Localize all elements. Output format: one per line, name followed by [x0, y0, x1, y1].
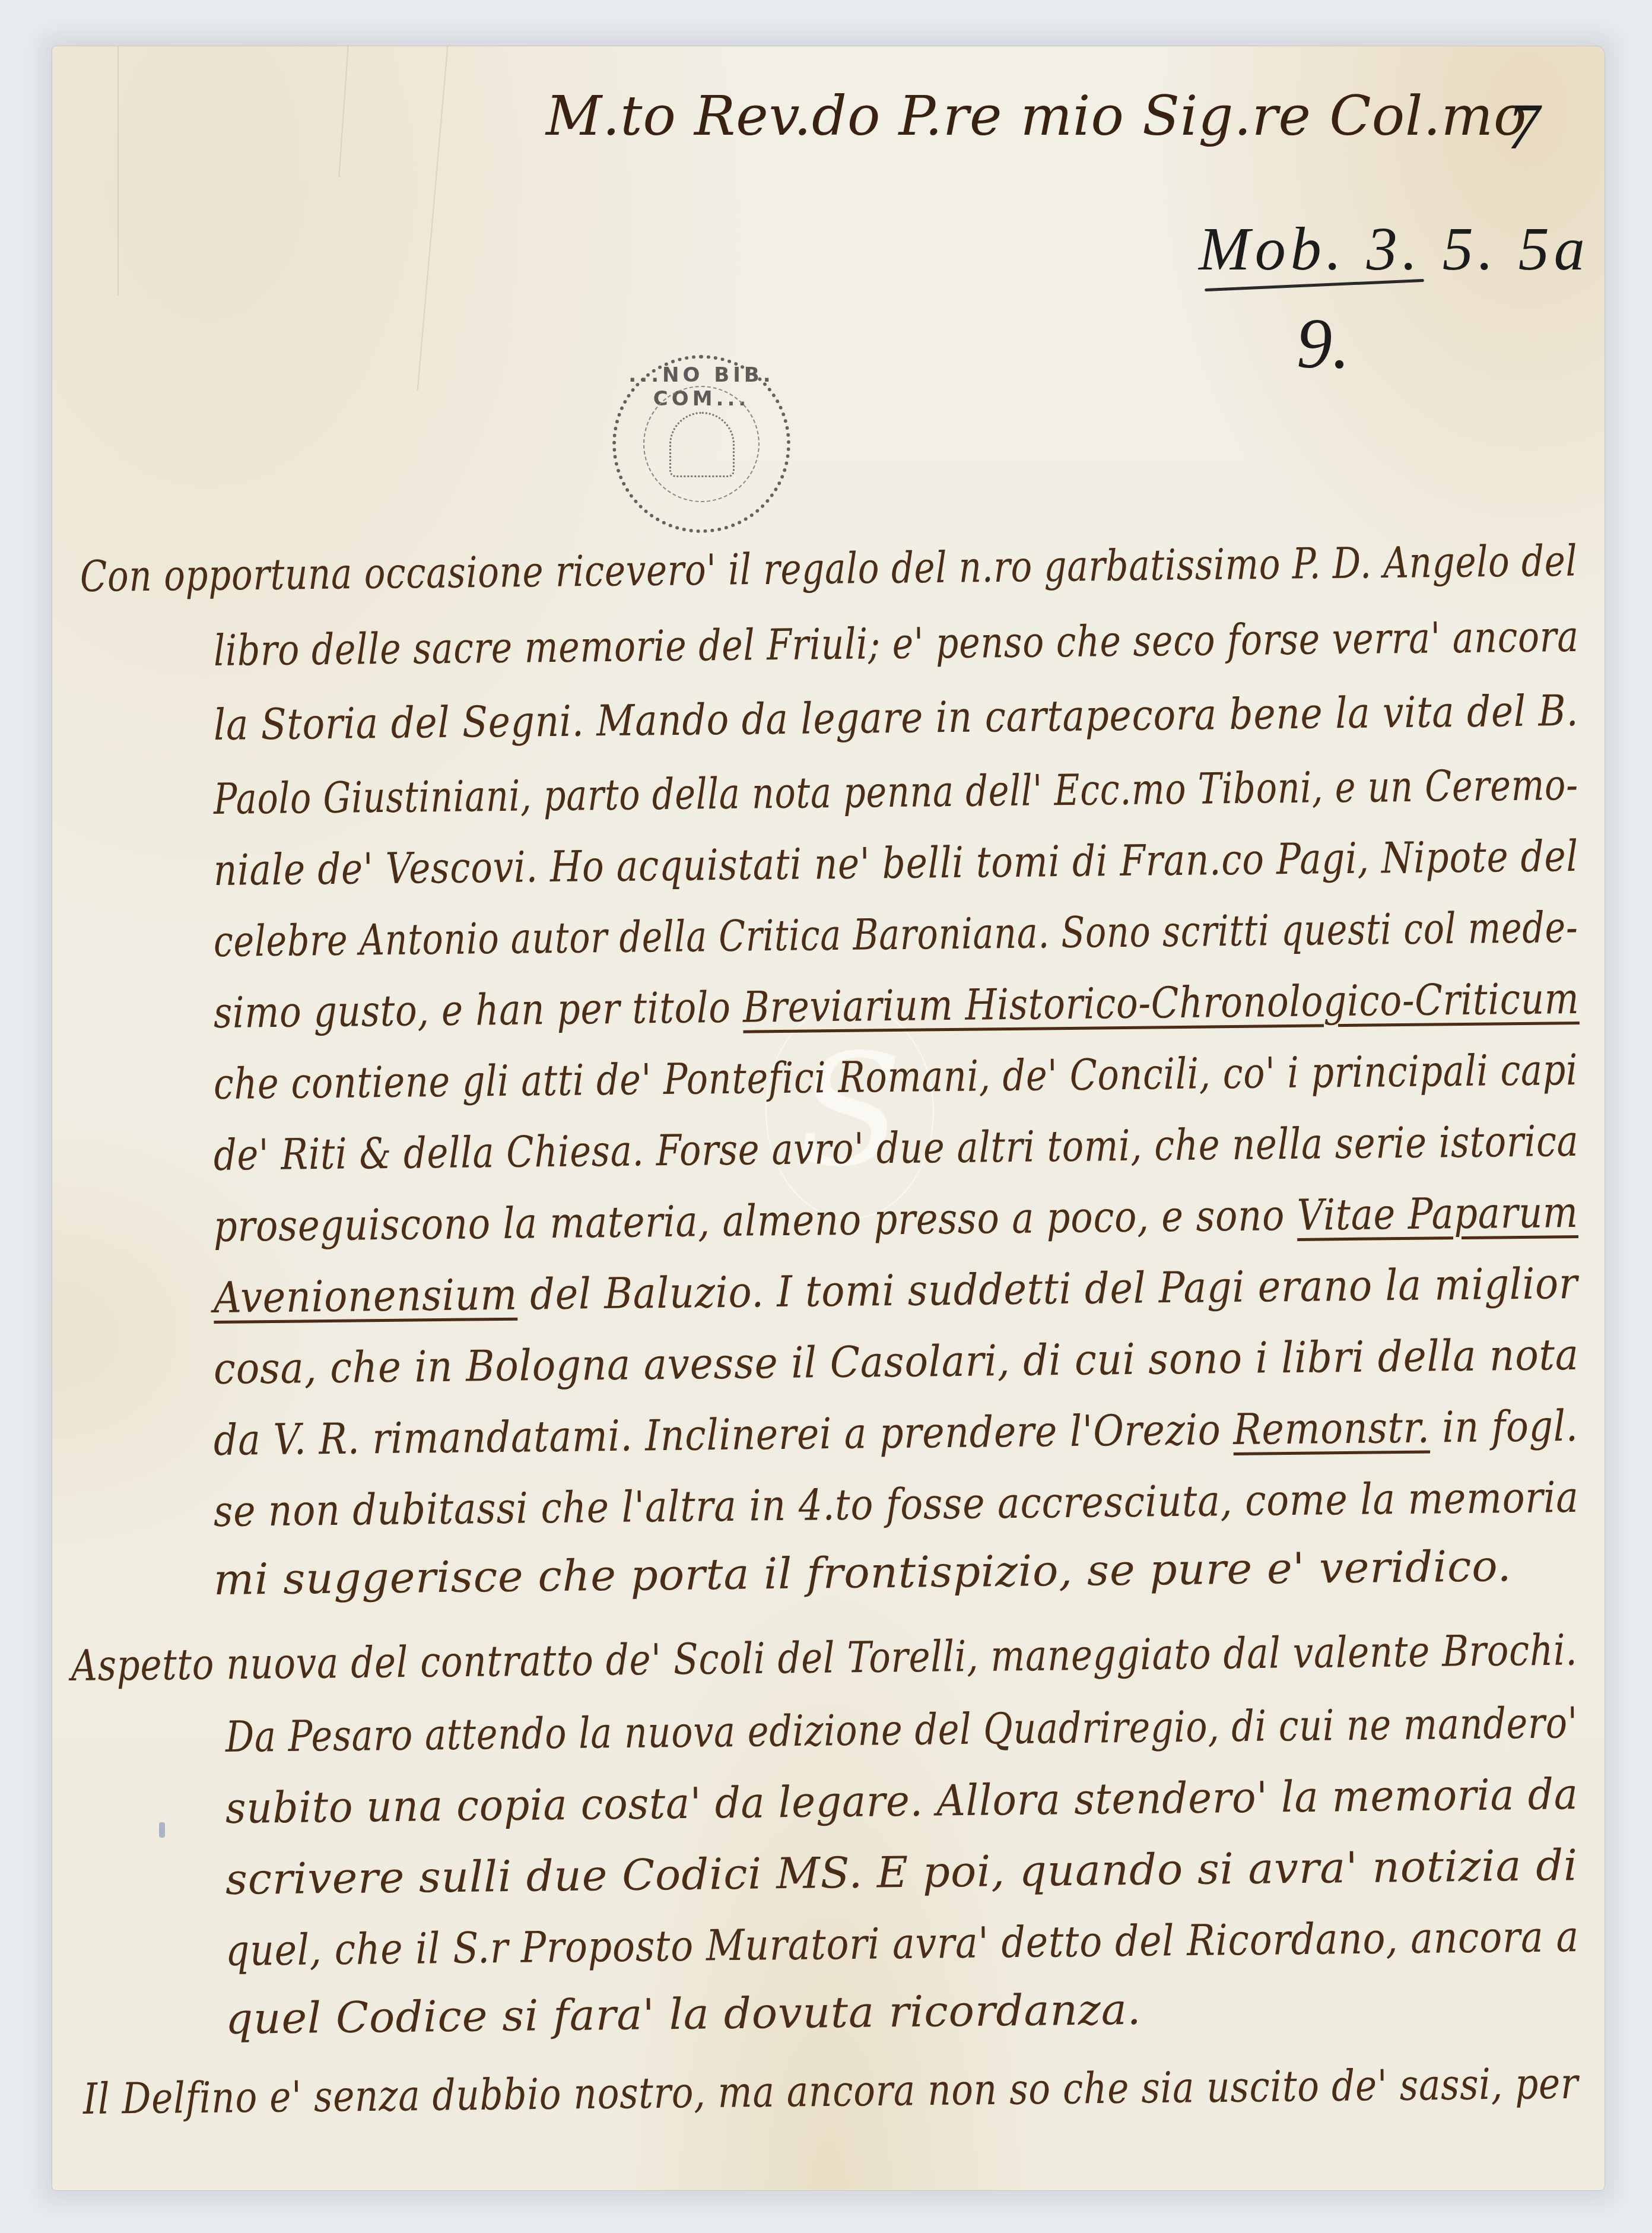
letter-line: la Storia del Segni. Mando da legare in … [214, 689, 1579, 746]
letter-line: cosa, che in Bologna avesse il Casolari,… [214, 1333, 1580, 1390]
letter-line: de' Riti & della Chiesa. Forse avro' due… [214, 1119, 1579, 1176]
letter-line: Aspetto nuova del contratto de' Scoli de… [71, 1628, 1578, 1687]
letter-line: da V. R. rimandatami. Inclinerei a prend… [214, 1404, 1578, 1461]
letter-line: Con opportuna occasione ricevero' il reg… [80, 540, 1578, 598]
letter-line: Paolo Giustiniani, parto della nota penn… [214, 763, 1579, 820]
letter-line: che contiene gli atti de' Pontefici Roma… [214, 1048, 1578, 1105]
letter-line: quel Codice si fara' la dovuta ricordanz… [225, 1988, 1142, 2040]
letter-line: niale de' Vescovi. Ho acquistati ne' bel… [214, 835, 1578, 892]
letter-line: Avenionensium del Baluzio. I tomi suddet… [214, 1262, 1578, 1319]
letter-line: Il Delfino e' senza dubbio nostro, ma an… [83, 2062, 1579, 2120]
underlined-title: Breviarium Historico-Chronologico-Critic… [743, 973, 1580, 1032]
underlined-title: Vitae Paparum [1297, 1187, 1578, 1240]
letter-line: libro delle sacre memorie del Friuli; e'… [214, 615, 1579, 672]
letter-line: celebre Antonio autor della Critica Baro… [214, 906, 1578, 963]
letter-line: se non dubitassi che l'altra in 4.to fos… [214, 1476, 1579, 1533]
letter-body: Con opportuna occasione ricevero' il reg… [0, 0, 1652, 2233]
letter-line: quel, che il S.r Proposto Muratori avra'… [225, 1915, 1580, 1972]
letter-line: mi suggerisce che porta il frontispizio,… [214, 1544, 1512, 1601]
underlined-title: Avenionensium [214, 1270, 518, 1322]
letter-line: subito una copia costa' da legare. Allor… [225, 1772, 1578, 1829]
letter-line: Da Pesaro attendo la nuova edizione del … [225, 1701, 1578, 1758]
letter-line: simo gusto, e han per titolo Breviarium … [214, 977, 1580, 1034]
underlined-title: Remonstr. [1233, 1403, 1430, 1454]
letter-line: proseguiscono la materia, almeno presso … [214, 1191, 1578, 1248]
letter-line: scrivere sulli due Codici MS. E poi, qua… [225, 1844, 1578, 1901]
